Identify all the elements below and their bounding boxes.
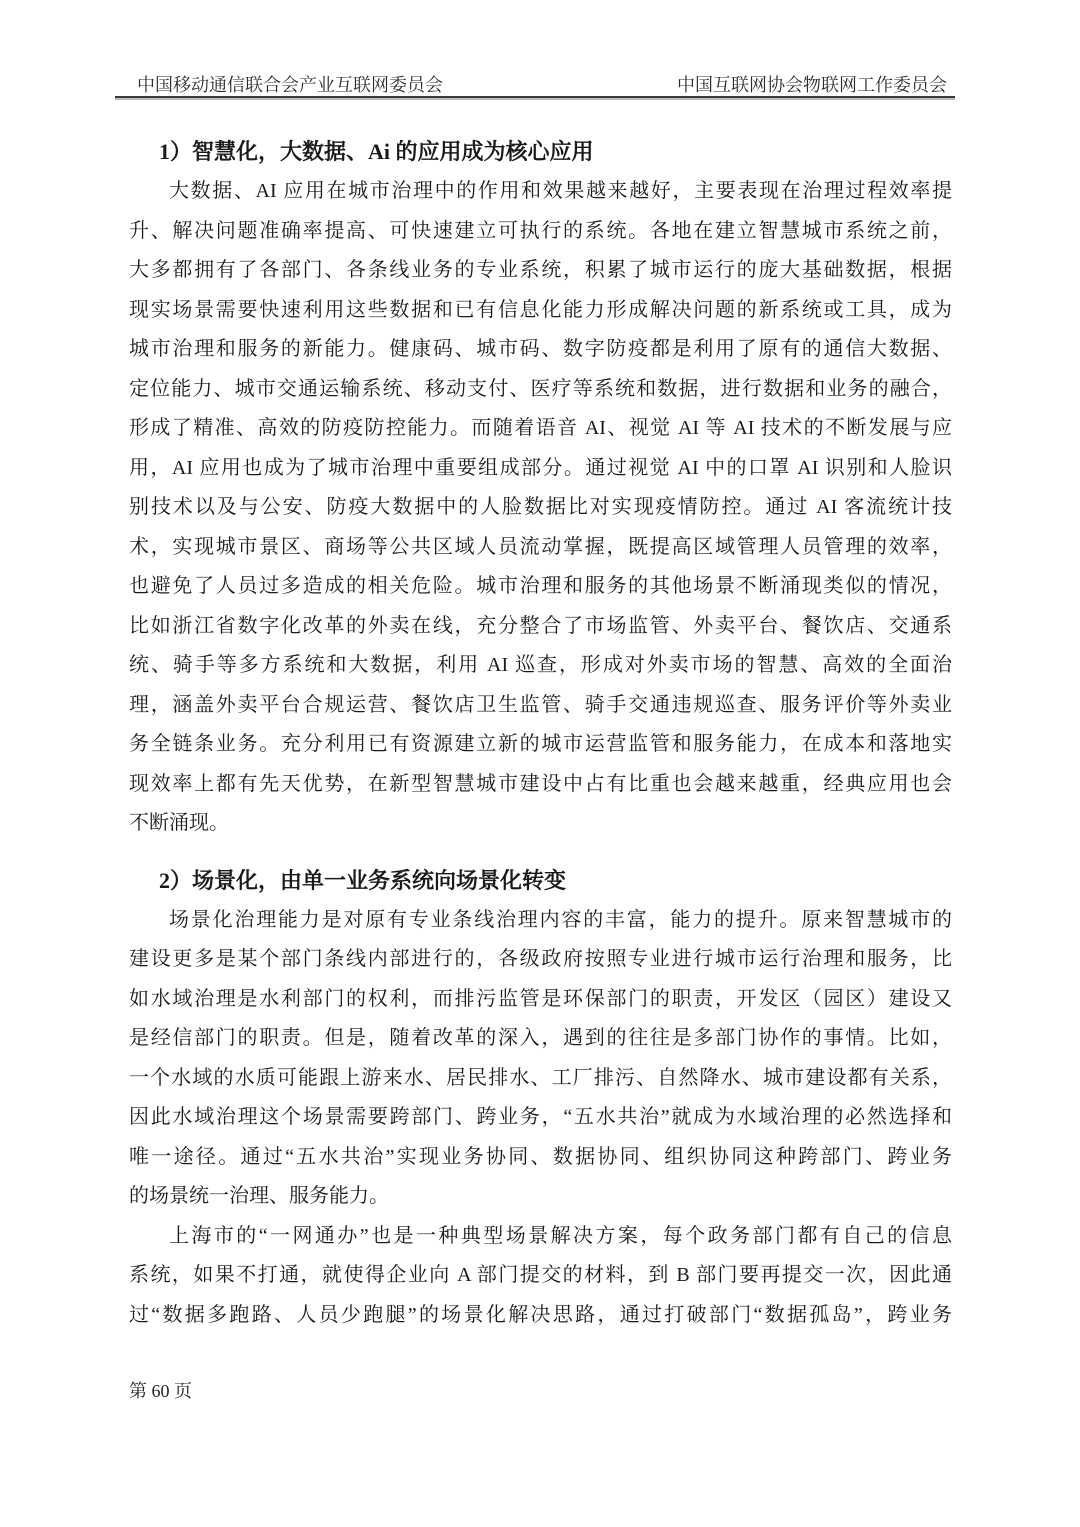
text-line: 过“数据多跑路、人员少跑腿”的场景化解决思路，通过打破部门“数据孤岛”，跨业务 [129, 1296, 952, 1336]
header-right-text: 中国互联网协会物联网工作委员会 [677, 74, 947, 96]
text-line: 大多都拥有了各部门、各条线业务的专业系统，积累了城市运行的庞大基础数据，根据 [129, 251, 952, 291]
paragraph: 上海市的“一网通办”也是一种典型场景解决方案，每个政务部门都有自己的信息系统，如… [129, 1217, 952, 1336]
text-line: 上海市的“一网通办”也是一种典型场景解决方案，每个政务部门都有自己的信息 [129, 1217, 952, 1257]
text-line: 大数据、AI 应用在城市治理中的作用和效果越来越好，主要表现在治理过程效率提 [129, 172, 952, 212]
text-line: 现实场景需要快速利用这些数据和已有信息化能力形成解决问题的新系统或工具，成为 [129, 291, 952, 331]
text-line: 比如浙江省数字化改革的外卖在线，充分整合了市场监管、外卖平台、餐饮店、交通系 [129, 607, 952, 647]
paragraph: 大数据、AI 应用在城市治理中的作用和效果越来越好，主要表现在治理过程效率提升、… [129, 172, 952, 844]
text-line: 建设更多是某个部门条线内部进行的，各级政府按照专业进行城市运行治理和服务，比 [129, 940, 952, 980]
text-line: 因此水域治理这个场景需要跨部门、跨业务，“五水共治”就成为水域治理的必然选择和 [129, 1098, 952, 1138]
text-line: 统、骑手等多方系统和大数据，利用 AI 巡查，形成对外卖市场的智慧、高效的全面治 [129, 646, 952, 686]
text-line: 一个水域的水质可能跟上游来水、居民排水、工厂排污、自然降水、城市建设都有关系， [129, 1059, 952, 1099]
page-header: 中国移动通信联合会产业互联网委员会 中国互联网协会物联网工作委员会 [137, 74, 947, 96]
header-rule [115, 96, 955, 98]
section-heading: 2）场景化，由单一业务系统向场景化转变 [129, 861, 952, 901]
text-line: 系统，如果不打通，就使得企业向 A 部门提交的材料，到 B 部门要再提交一次，因… [129, 1256, 952, 1296]
document-page: 中国移动通信联合会产业互联网委员会 中国互联网协会物联网工作委员会 1）智慧化，… [0, 0, 1080, 1527]
text-line: 用，AI 应用也成为了城市治理中重要组成部分。通过视觉 AI 中的口罩 AI 识… [129, 449, 952, 489]
text-line: 升、解决问题准确率提高、可快速建立可执行的系统。各地在建立智慧城市系统之前， [129, 212, 952, 252]
text-line: 务全链条业务。充分利用已有资源建立新的城市运营监管和服务能力，在成本和落地实 [129, 725, 952, 765]
text-line: 定位能力、城市交通运输系统、移动支付、医疗等系统和数据，进行数据和业务的融合， [129, 370, 952, 410]
page-footer: 第 60 页 [129, 1379, 192, 1403]
text-line: 现效率上都有先天优势，在新型智慧城市建设中占有比重也会越来越重，经典应用也会 [129, 765, 952, 805]
text-line: 场景化治理能力是对原有专业条线治理内容的丰富，能力的提升。原来智慧城市的 [129, 901, 952, 941]
text-line: 如水域治理是水利部门的权利，而排污监管是环保部门的职责，开发区（园区）建设又 [129, 980, 952, 1020]
text-line: 是经信部门的职责。但是，随着改革的深入，遇到的往往是多部门协作的事情。比如， [129, 1019, 952, 1059]
text-line: 城市治理和服务的新能力。健康码、城市码、数字防疫都是利用了原有的通信大数据、 [129, 330, 952, 370]
text-line: 别技术以及与公安、防疫大数据中的人脸数据比对实现疫情防控。通过 AI 客流统计技 [129, 488, 952, 528]
text-line: 形成了精准、高效的防疫防控能力。而随着语音 AI、视觉 AI 等 AI 技术的不… [129, 409, 952, 449]
section-heading: 1）智慧化，大数据、Ai 的应用成为核心应用 [129, 132, 952, 172]
text-line: 的场景统一治理、服务能力。 [129, 1177, 952, 1217]
header-left-text: 中国移动通信联合会产业互联网委员会 [137, 74, 443, 96]
text-line: 理，涵盖外卖平台合规运营、餐饮店卫生监管、骑手交通违规巡查、服务评价等外卖业 [129, 686, 952, 726]
text-line: 唯一途径。通过“五水共治”实现业务协同、数据协同、组织协同这种跨部门、跨业务 [129, 1138, 952, 1178]
page-number-label: 第 60 页 [129, 1381, 192, 1401]
paragraph: 场景化治理能力是对原有专业条线治理内容的丰富，能力的提升。原来智慧城市的建设更多… [129, 901, 952, 1217]
text-line: 不断涌现。 [129, 804, 952, 844]
text-line: 术，实现城市景区、商场等公共区域人员流动掌握，既提高区域管理人员管理的效率， [129, 528, 952, 568]
text-line: 也避免了人员过多造成的相关危险。城市治理和服务的其他场景不断涌现类似的情况， [129, 567, 952, 607]
document-body: 1）智慧化，大数据、Ai 的应用成为核心应用大数据、AI 应用在城市治理中的作用… [129, 132, 952, 1335]
